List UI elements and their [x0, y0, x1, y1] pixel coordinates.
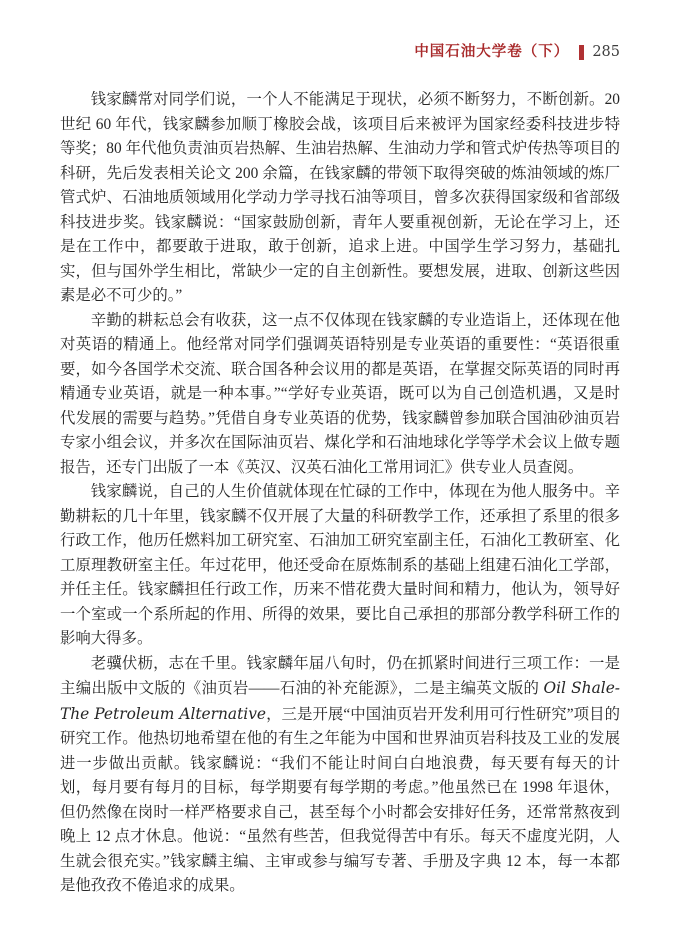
paragraph-later-years-text-pre: 老骥伏枥，志在千里。钱家麟年届八旬时，仍在抓紧时间进行三项工作：一是主编出版中文…	[60, 655, 620, 698]
paragraph-innovation: 钱家麟常对同学们说，一个人不能满足于现状，必须不断努力，不断创新。20 世纪 6…	[60, 88, 620, 309]
paragraph-later-years: 老骥伏枥，志在千里。钱家麟年届八旬时，仍在抓紧时间进行三项工作：一是主编出版中文…	[60, 652, 620, 899]
page-header: 中国石油大学卷（下） 285	[414, 43, 620, 61]
paragraph-administrative-work: 钱家麟说，自己的人生价值就体现在忙碌的工作中，体现在为他人服务中。辛勤耕耘的几十…	[60, 480, 620, 652]
paragraph-english-proficiency: 辛勤的耕耘总会有收获，这一点不仅体现在钱家麟的专业造诣上，还体现在他对英语的精通…	[60, 309, 620, 481]
paragraph-later-years-text-post: ，三是开展“中国油页岩开发利用可行性研究”项目的研究工作。他热切地希望在他的有生…	[60, 706, 620, 895]
page-body: 钱家麟常对同学们说，一个人不能满足于现状，必须不断努力，不断创新。20 世纪 6…	[60, 88, 620, 899]
running-head-title: 中国石油大学卷（下）	[414, 43, 569, 61]
page-number: 285	[592, 43, 620, 61]
book-page: 中国石油大学卷（下） 285 钱家麟常对同学们说，一个人不能满足于现状，必须不断…	[0, 0, 680, 945]
header-divider-bar	[579, 45, 584, 60]
